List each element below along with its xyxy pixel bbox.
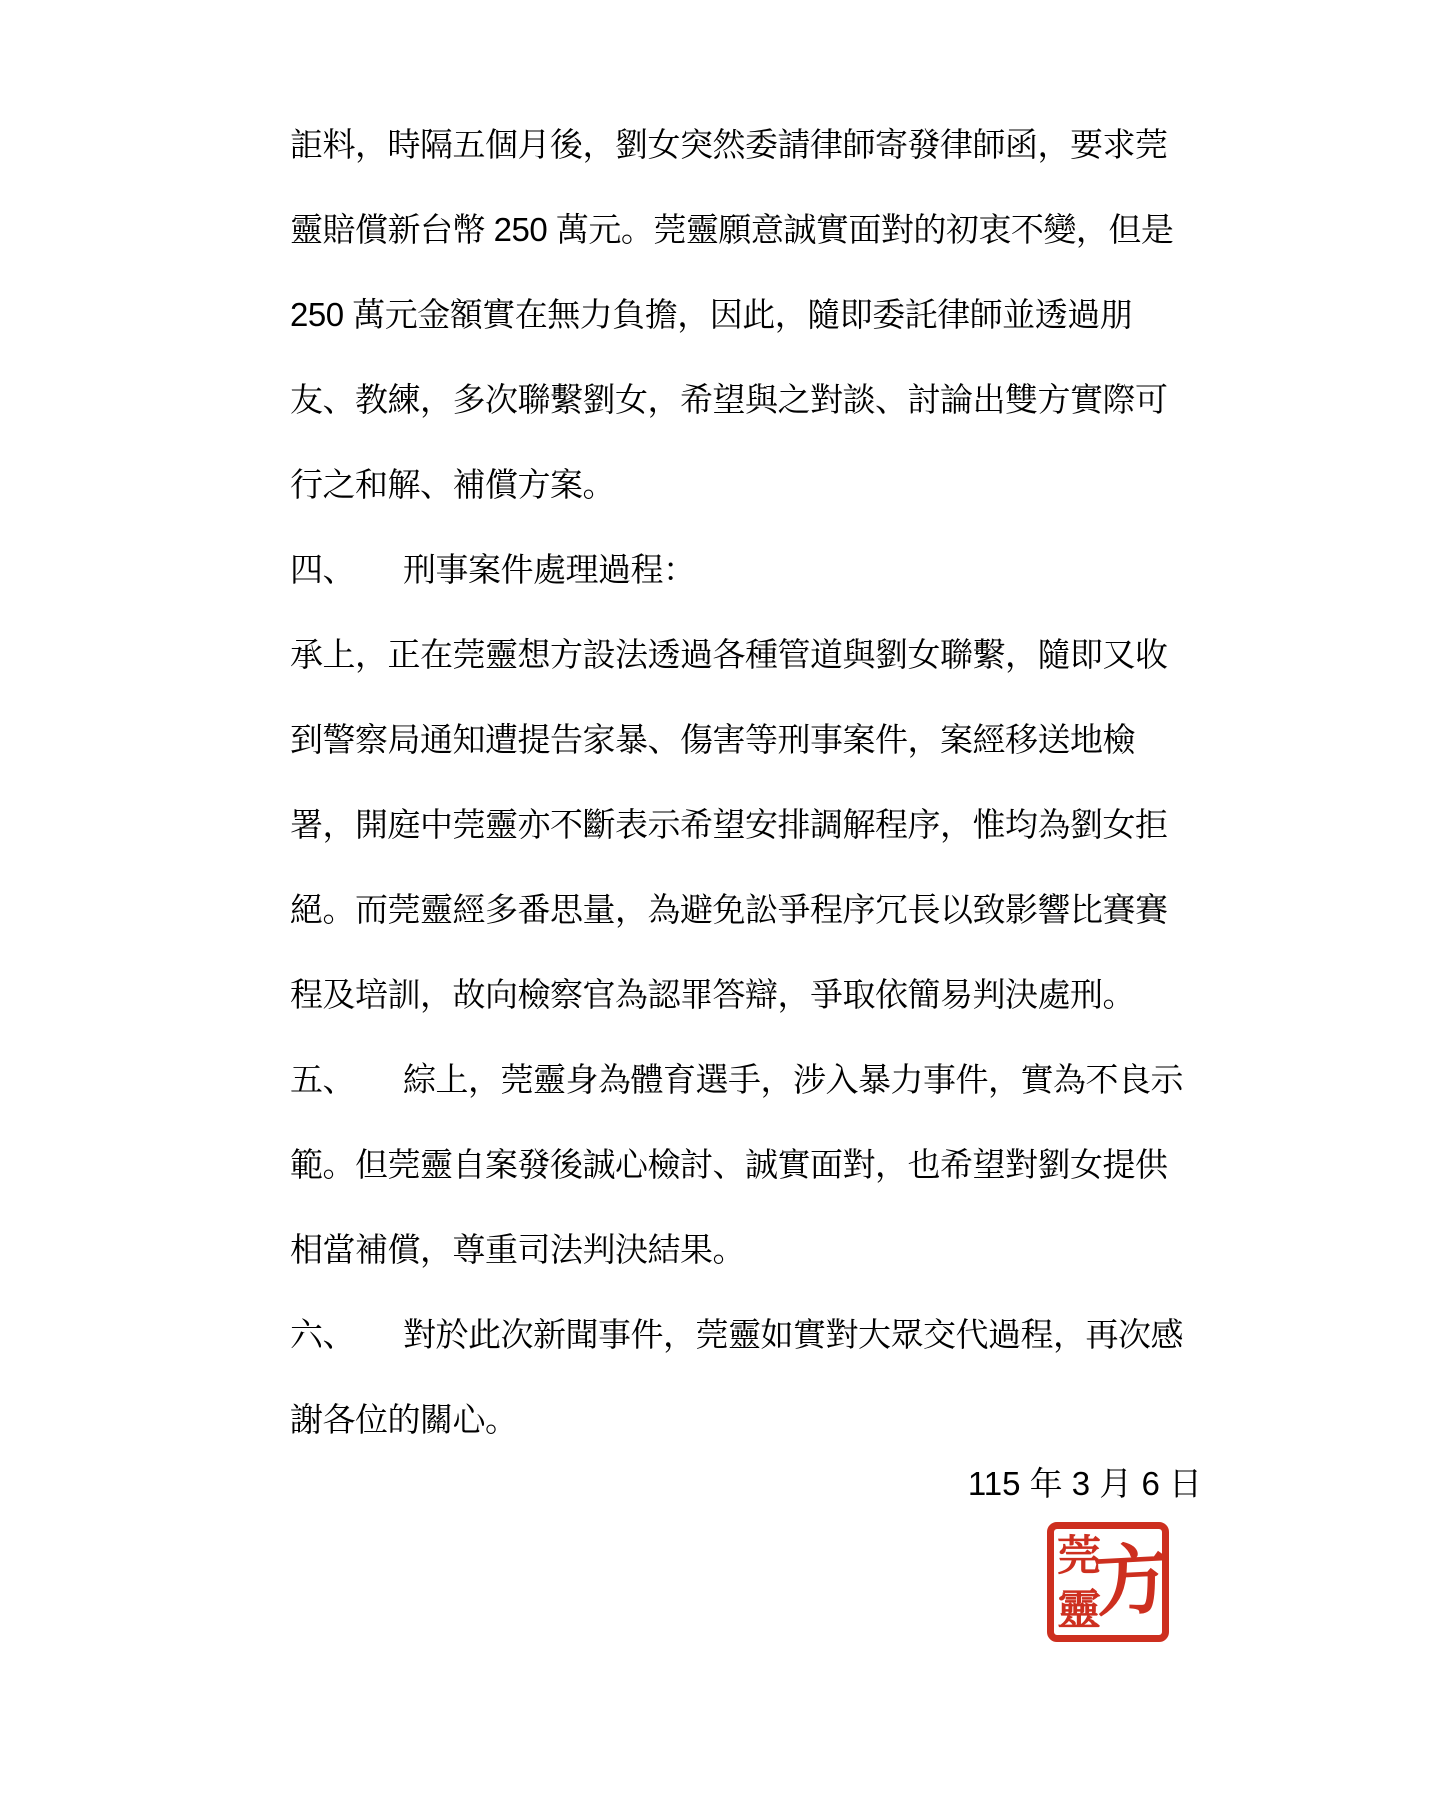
list-item-line-4: 四、刑事案件處理過程：: [290, 527, 1195, 612]
item-number: 四、: [290, 527, 403, 612]
document-date: 115 年 3 月 6 日: [968, 1441, 1202, 1526]
text-line: 詎料，時隔五個月後，劉女突然委請律師寄發律師函，要求莞: [290, 102, 1195, 187]
line-text: 對於此次新聞事件，莞靈如實對大眾交代過程，再次感: [403, 1316, 1183, 1353]
text-line: 到警察局通知遭提告家暴、傷害等刑事案件，案經移送地檢: [290, 697, 1195, 782]
text-line: 靈賠償新台幣 250 萬元。莞靈願意誠實面對的初衷不變，但是: [290, 187, 1195, 272]
document-page: 詎料，時隔五個月後，劉女突然委請律師寄發律師函，要求莞 靈賠償新台幣 250 萬…: [0, 0, 1440, 1798]
text-line: 署，開庭中莞靈亦不斷表示希望安排調解程序，惟均為劉女拒: [290, 782, 1195, 867]
line-text: 靈賠償新台幣 250 萬元。莞靈願意誠實面對的初衷不變，但是: [290, 211, 1173, 248]
line-text: 綜上，莞靈身為體育選手，涉入暴力事件，實為不良示: [403, 1061, 1183, 1098]
line-text: 刑事案件處理過程：: [403, 551, 696, 588]
list-item-line-6: 六、對於此次新聞事件，莞靈如實對大眾交代過程，再次感: [290, 1292, 1195, 1377]
text-line: 250 萬元金額實在無力負擔，因此，隨即委託律師並透過朋: [290, 272, 1195, 357]
text-line: 相當補償，尊重司法判決結果。: [290, 1207, 1195, 1292]
item-number: 五、: [290, 1037, 403, 1122]
line-text: 絕。而莞靈經多番思量，為避免訟爭程序冗長以致影響比賽賽: [290, 891, 1168, 928]
text-line: 行之和解、補償方案。: [290, 442, 1195, 527]
line-text: 署，開庭中莞靈亦不斷表示希望安排調解程序，惟均為劉女拒: [290, 806, 1168, 843]
line-text: 承上，正在莞靈想方設法透過各種管道與劉女聯繫，隨即又收: [290, 636, 1168, 673]
document-body: 詎料，時隔五個月後，劉女突然委請律師寄發律師函，要求莞 靈賠償新台幣 250 萬…: [290, 102, 1195, 1462]
text-line: 友、教練，多次聯繫劉女，希望與之對談、討論出雙方實際可: [290, 357, 1195, 442]
seal-char-fang: 方: [1092, 1542, 1172, 1622]
item-number: 六、: [290, 1292, 403, 1377]
text-line: 範。但莞靈自案發後誠心檢討、誠實面對，也希望對劉女提供: [290, 1122, 1195, 1207]
line-text: 謝各位的關心。: [290, 1401, 518, 1438]
list-item-line-5: 五、綜上，莞靈身為體育選手，涉入暴力事件，實為不良示: [290, 1037, 1195, 1122]
line-text: 行之和解、補償方案。: [290, 466, 615, 503]
text-line: 承上，正在莞靈想方設法透過各種管道與劉女聯繫，隨即又收: [290, 612, 1195, 697]
signature-seal: 莞 靈 方: [1047, 1522, 1169, 1642]
text-line: 絕。而莞靈經多番思量，為避免訟爭程序冗長以致影響比賽賽: [290, 867, 1195, 952]
line-text: 詎料，時隔五個月後，劉女突然委請律師寄發律師函，要求莞: [290, 126, 1168, 163]
line-text: 程及培訓，故向檢察官為認罪答辯，爭取依簡易判決處刑。: [290, 976, 1135, 1013]
line-text: 相當補償，尊重司法判決結果。: [290, 1231, 745, 1268]
text-line: 程及培訓，故向檢察官為認罪答辯，爭取依簡易判決處刑。: [290, 952, 1195, 1037]
line-text: 250 萬元金額實在無力負擔，因此，隨即委託律師並透過朋: [290, 296, 1132, 333]
line-text: 到警察局通知遭提告家暴、傷害等刑事案件，案經移送地檢: [290, 721, 1135, 758]
line-text: 範。但莞靈自案發後誠心檢討、誠實面對，也希望對劉女提供: [290, 1146, 1168, 1183]
line-text: 友、教練，多次聯繫劉女，希望與之對談、討論出雙方實際可: [290, 381, 1168, 418]
seal-surname-column: 方: [1102, 1529, 1162, 1635]
